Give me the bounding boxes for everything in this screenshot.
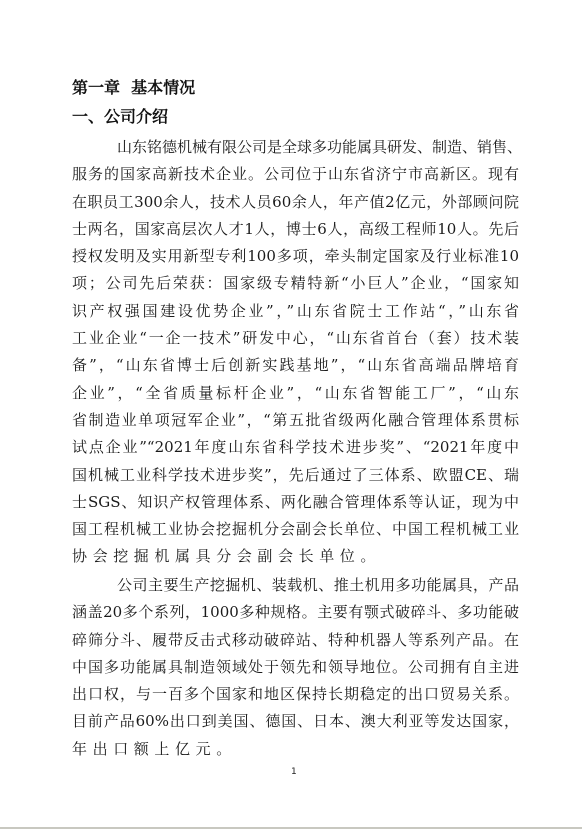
paragraph-products: 公司主要生产挖掘机、装载机、推土机用多功能属具，产品 涵盖20多个系列，1000… xyxy=(72,572,519,763)
paragraph-company-intro: 山东铭德机械有限公司是全球多功能属具研发、制造、销售、 服务的国家高新技术企业。… xyxy=(72,134,519,571)
paragraph-line: 项；公司先后荣获：国家级专精特新“小巨人”企业，“国家知 xyxy=(72,270,519,297)
paragraph-line: 年出口额上亿元。 xyxy=(72,736,519,763)
document-page: 第一章 基本情况 一、公司介绍 山东铭德机械有限公司是全球多功能属具研发、制造、… xyxy=(0,0,582,827)
chapter-title: 第一章 基本情况 xyxy=(72,77,195,99)
paragraph-line: 备”，“山东省博士后创新实践基地”，“山东省高端品牌培育 xyxy=(72,352,519,379)
paragraph-line: 士SGS、知识产权管理体系、两化融合管理体系等认证，现为中 xyxy=(72,489,519,516)
paragraph-line: 中国多功能属具制造领域处于领先和领导地位。公司拥有自主进 xyxy=(72,654,519,681)
paragraph-line: 识产权强国建设优势企业”，”山东省院士工作站“，”山东省 xyxy=(72,298,519,325)
page-number: 1 xyxy=(291,766,297,778)
paragraph-line: 在职员工300余人，技术人员60余人，年产值2亿元，外部顾问院 xyxy=(72,189,519,216)
section-title: 一、公司介绍 xyxy=(72,106,168,128)
paragraph-line: 授权发明及实用新型专利100多项，牵头制定国家及行业标准10 xyxy=(72,243,519,270)
paragraph-line: 公司主要生产挖掘机、装载机、推土机用多功能属具，产品 xyxy=(72,572,519,599)
paragraph-line: 碎筛分斗、履带反击式移动破碎站、特种机器人等系列产品。在 xyxy=(72,627,519,654)
paragraph-line: 协会挖掘机属具分会副会长单位。 xyxy=(72,543,519,570)
paragraph-line: 服务的国家高新技术企业。公司位于山东省济宁市高新区。现有 xyxy=(72,161,519,188)
paragraph-line: 企业”，“全省质量标杆企业”，“山东省智能工厂”，“山东 xyxy=(72,380,519,407)
paragraph-line: 省制造业单项冠军企业”，“第五批省级两化融合管理体系贯标 xyxy=(72,407,519,434)
paragraph-line: 山东铭德机械有限公司是全球多功能属具研发、制造、销售、 xyxy=(72,134,519,161)
paragraph-line: 国机械工业科学技术进步奖”，先后通过了三体系、欧盟CE、瑞 xyxy=(72,462,519,489)
paragraph-line: 工业企业“一企一技术”研发中心，“山东省首台（套）技术装 xyxy=(72,325,519,352)
paragraph-line: 士两名，国家高层次人才1人，博士6人，高级工程师10人。先后 xyxy=(72,216,519,243)
paragraph-line: 试点企业”“2021年度山东省科学技术进步奖”、“2021年度中 xyxy=(72,434,519,461)
paragraph-line: 涵盖20多个系列，1000多种规格。主要有颚式破碎斗、多功能破 xyxy=(72,599,519,626)
paragraph-line: 目前产品60%出口到美国、德国、日本、澳大利亚等发达国家， xyxy=(72,708,519,735)
paragraph-line: 出口权，与一百多个国家和地区保持长期稳定的出口贸易关系。 xyxy=(72,681,519,708)
paragraph-line: 国工程机械工业协会挖掘机分会副会长单位、中国工程机械工业 xyxy=(72,516,519,543)
